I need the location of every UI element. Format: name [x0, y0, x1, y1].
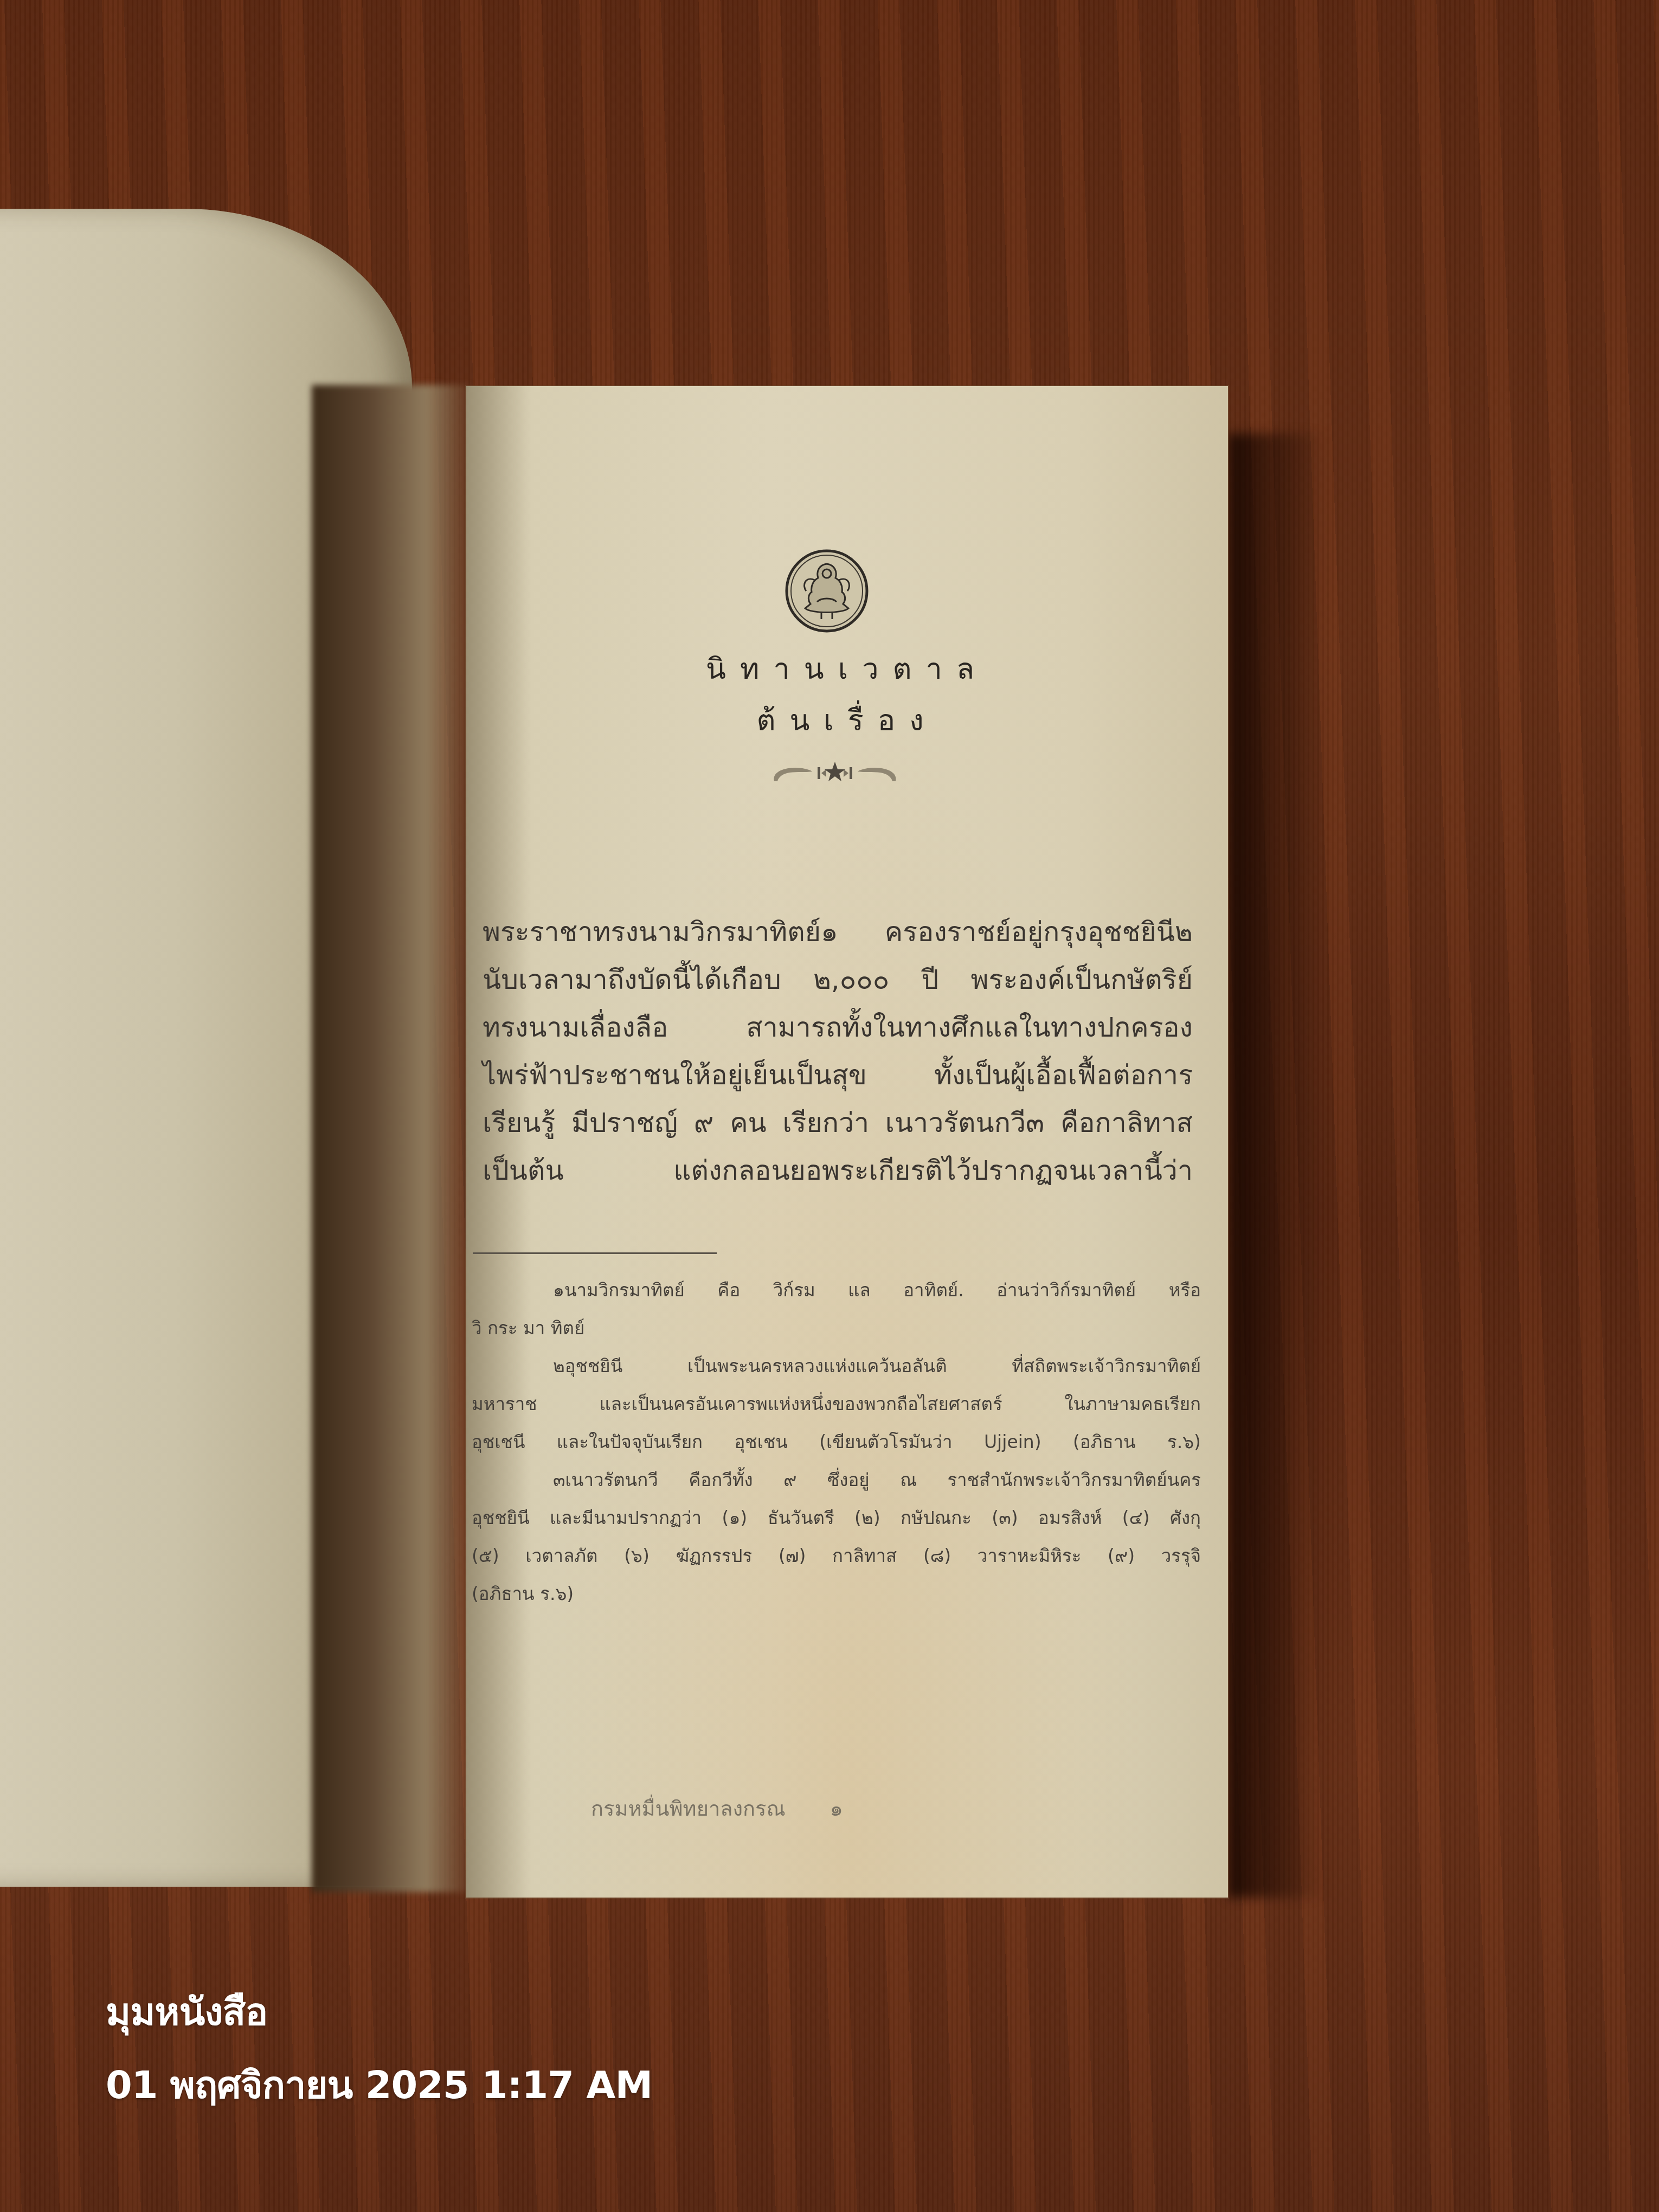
page-footer: กรมหมื่นพิทยาลงกรณ ๑ — [591, 1792, 843, 1825]
body-line: พระราชาทรงนามวิกรมาทิตย์๑ ครองราชย์อยู่ก… — [483, 908, 1193, 956]
body-line: นับเวลามาถึงบัดนี้ได้เกือบ ๒,๐๐๐ ปี พระอ… — [483, 956, 1193, 1004]
footnote-divider — [473, 1252, 717, 1254]
chapter-title-line-1: นิทานเวตาล — [466, 645, 1228, 692]
body-line: เรียนรู้ มีปราชญ์ ๙ คน เรียกว่า เนาวรัตน… — [483, 1099, 1193, 1147]
footnote-2-line: อุชเชนี และในปัจจุบันเรียก อุชเชน (เขียน… — [472, 1423, 1201, 1461]
chapter-body-paragraph: พระราชาทรงนามวิกรมาทิตย์๑ ครองราชย์อยู่ก… — [483, 908, 1193, 1194]
chapter-title-line-2: ต้นเรื่อง — [466, 697, 1228, 743]
photo-caption-timestamp: 01 พฤศจิกายน 2025 1:17 AM — [106, 2055, 652, 2115]
footnote-3-line: (อภิธาน ร.๖) — [472, 1575, 1201, 1613]
footnotes: ๑นามวิกรมาทิตย์ คือ วิก์รม แล อาทิตย์. อ… — [472, 1271, 1201, 1613]
flourish-ornament-icon — [770, 756, 900, 789]
footnote-2-line: ๒อุชชยินี เป็นพระนครหลวงแห่งแคว้นอลันติ … — [472, 1347, 1201, 1385]
book-gutter-shadow — [312, 385, 474, 1892]
royal-seal-icon — [783, 548, 870, 634]
footnote-2-line: มหาราช และเป็นนครอันเคารพแห่งหนึ่งของพวก… — [472, 1385, 1201, 1423]
photo-caption-label: มุมหนังสือ — [106, 1982, 267, 2042]
page-number: ๑ — [830, 1797, 843, 1821]
footer-author: กรมหมื่นพิทยาลงกรณ — [591, 1797, 786, 1821]
footnote-3-line: อุชชยินี และมีนามปรากฏว่า (๑) ธันวันตรี … — [472, 1499, 1201, 1537]
footnote-1-line: ๑นามวิกรมาทิตย์ คือ วิก์รม แล อาทิตย์. อ… — [472, 1271, 1201, 1309]
body-line: เป็นต้น แต่งกลอนยอพระเกียรติไว้ปรากฏจนเว… — [483, 1147, 1193, 1194]
footnote-1-line: วิ กระ มา ทิตย์ — [472, 1309, 1201, 1347]
body-line: ทรงนามเลื่องลือ สามารถทั้งในทางศึกแลในทา… — [483, 1004, 1193, 1051]
body-line: ไพร่ฟ้าประชาชนให้อยู่เย็นเป็นสุข ทั้งเป็… — [483, 1051, 1193, 1099]
footnote-3-line: ๓เนาวรัตนกวี คือกวีทั้ง ๙ ซึ่งอยู่ ณ ราช… — [472, 1461, 1201, 1499]
footnote-3-line: (๕) เวตาลภัต (๖) ฆัฏกรรปร (๗) กาลิทาส (๘… — [472, 1537, 1201, 1575]
book-shadow — [1228, 434, 1326, 1898]
